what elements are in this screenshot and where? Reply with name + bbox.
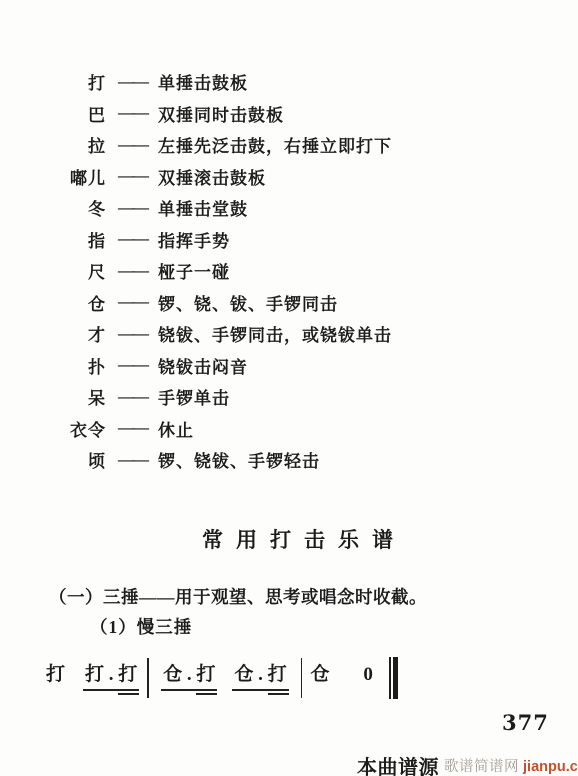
glossary-row: 仓 —— 锣、铙、钹、手锣同击: [0, 287, 578, 319]
glossary-definition: 双捶滚击鼓板: [158, 164, 266, 189]
glossary-term: 巴: [0, 101, 106, 126]
glossary-row: 尺 —— 桠子一碰: [0, 255, 578, 287]
intro-line: （一）三捶——用于观望、思考或唱念时收截。: [49, 584, 427, 609]
glossary-dash: ——: [106, 198, 158, 218]
final-barline-thin: [389, 657, 391, 699]
glossary-term: 拉: [0, 132, 106, 157]
glossary-row: 拉 —— 左捶先泛击鼓，右捶立即打下: [0, 129, 578, 161]
glossary-dash: ——: [106, 229, 158, 249]
barline: [147, 658, 149, 698]
glossary-term: 仓: [0, 290, 106, 315]
glossary-definition: 单捶击鼓板: [158, 69, 248, 94]
subitem-line: （1）慢三捶: [90, 614, 192, 639]
glossary-row: 打 —— 单捶击鼓板: [0, 66, 578, 98]
beam-underline: [83, 689, 139, 691]
notation-glossary: 打 —— 单捶击鼓板 巴 —— 双捶同时击鼓板 拉 —— 左捶先泛击鼓，右捶立即…: [0, 66, 578, 476]
glossary-row: 巴 —— 双捶同时击鼓板: [0, 98, 578, 130]
score-group-text: 仓 . 打: [163, 664, 215, 685]
scanned-book-page: 打 —— 单捶击鼓板 巴 —— 双捶同时击鼓板 拉 —— 左捶先泛击鼓，右捶立即…: [0, 0, 578, 776]
watermark-site-url: jianpu.cn: [523, 759, 578, 775]
glossary-term: 顷: [0, 447, 106, 472]
glossary-row: 顷 —— 锣、铙钹、手锣轻击: [0, 444, 578, 476]
barline: [301, 658, 303, 698]
glossary-definition: 手锣单击: [158, 384, 230, 409]
glossary-term: 扑: [0, 353, 106, 378]
glossary-dash: ——: [106, 103, 158, 123]
score-group-text: 打 . 打: [85, 664, 137, 685]
glossary-term: 衣令: [0, 416, 106, 441]
glossary-dash: ——: [106, 418, 158, 438]
score-group-text: 仓 . 打: [234, 664, 286, 685]
glossary-term: 呆: [0, 384, 106, 409]
glossary-dash: ——: [106, 72, 158, 92]
final-double-barline: [389, 657, 398, 699]
score-beamed-group: 仓 . 打: [232, 660, 288, 696]
glossary-dash: ——: [106, 135, 158, 155]
glossary-definition: 左捶先泛击鼓，右捶立即打下: [158, 132, 392, 157]
glossary-row: 衣令 —— 休止: [0, 413, 578, 445]
score-line: 打 打 . 打 仓 . 打 仓 . 打 仓 0: [46, 660, 398, 699]
glossary-definition: 铙钹、手锣同击，或铙钹单击: [158, 321, 392, 346]
beam-underline: [232, 689, 288, 691]
glossary-definition: 指挥手势: [158, 227, 230, 252]
glossary-row: 呆 —— 手锣单击: [0, 381, 578, 413]
page-number: 377: [502, 710, 549, 735]
glossary-term: 才: [0, 321, 106, 346]
beam-double-underline: [196, 693, 217, 695]
glossary-row: 嘟儿 —— 双捶滚击鼓板: [0, 161, 578, 193]
watermark: 歌谱简谱网 jianpu.cn: [444, 755, 578, 776]
glossary-dash: ——: [106, 292, 158, 312]
glossary-definition: 单捶击堂鼓: [158, 195, 248, 220]
beam-underline: [161, 689, 217, 691]
final-barline-thick: [393, 657, 398, 699]
glossary-term: 尺: [0, 258, 106, 283]
section-heading: 常用打击乐谱: [0, 524, 578, 554]
glossary-dash: ——: [106, 355, 158, 375]
glossary-definition: 锣、铙、钹、手锣同击: [158, 290, 338, 315]
glossary-term: 嘟儿: [0, 164, 106, 189]
score-note: 打: [46, 660, 65, 687]
glossary-definition: 锣、铙钹、手锣轻击: [158, 447, 320, 472]
beam-double-underline: [268, 693, 289, 695]
source-label: 本曲谱源: [357, 751, 439, 776]
glossary-dash: ——: [106, 261, 158, 281]
score-beamed-group: 仓 . 打: [161, 660, 217, 696]
glossary-row: 冬 —— 单捶击堂鼓: [0, 192, 578, 224]
glossary-dash: ——: [106, 387, 158, 407]
glossary-term: 冬: [0, 195, 106, 220]
beam-double-underline: [118, 693, 139, 695]
glossary-dash: ——: [106, 324, 158, 344]
score-rest: 0: [363, 660, 373, 687]
glossary-definition: 桠子一碰: [158, 258, 230, 283]
glossary-dash: ——: [106, 166, 158, 186]
score-note: 仓: [310, 660, 329, 687]
glossary-row: 才 —— 铙钹、手锣同击，或铙钹单击: [0, 318, 578, 350]
glossary-definition: 双捶同时击鼓板: [158, 101, 284, 126]
glossary-definition: 铙钹击闷音: [158, 353, 248, 378]
glossary-term: 打: [0, 69, 106, 94]
watermark-site-name: 歌谱简谱网: [444, 759, 519, 775]
glossary-definition: 休止: [158, 416, 194, 441]
glossary-term: 指: [0, 227, 106, 252]
score-beamed-group: 打 . 打: [83, 660, 139, 696]
glossary-row: 指 —— 指挥手势: [0, 224, 578, 256]
glossary-dash: ——: [106, 450, 158, 470]
glossary-row: 扑 —— 铙钹击闷音: [0, 350, 578, 382]
